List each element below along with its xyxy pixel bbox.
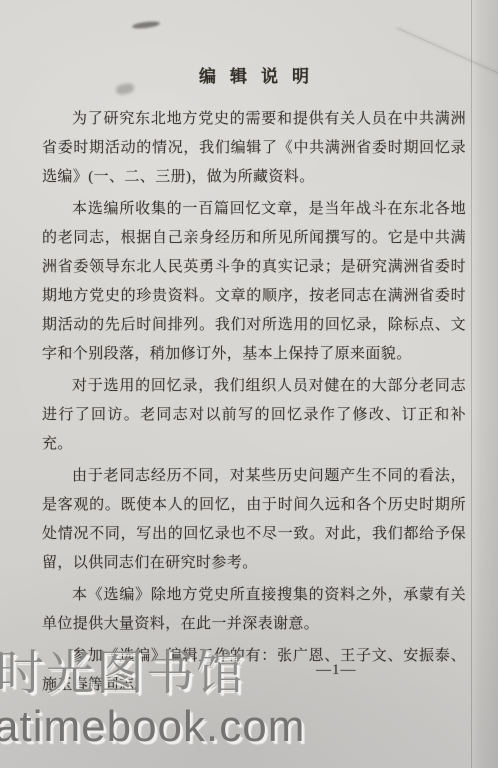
library-watermark: 时光图书馆 [0, 634, 246, 703]
paragraph-2: 本选编所收集的一百篇回忆文章，是当年战斗在东北各地的老同志，根据自己亲身经历和所… [42, 195, 466, 369]
document-body: 为了研究东北地方党史的需要和提供有关人员在中共满洲省委时期活动的情况，我们编辑了… [42, 105, 466, 700]
paragraph-4: 由于老同志经历不同，对某些历史问题产生不同的看法，是客观的。既使本人的回忆，由于… [42, 462, 466, 578]
ink-smudge-top [132, 20, 161, 29]
page-right-edge-shadow [471, 0, 498, 768]
page-number: —1— [316, 662, 357, 679]
document-title: 编辑说明 [42, 62, 466, 87]
site-watermark: atimebook.com [0, 702, 305, 752]
paragraph-3: 对于选用的回忆录，我们组织人员对健在的大部分老同志进行了回访。老同志对以前写的回… [42, 372, 466, 459]
paragraph-5: 本《选编》除地方党史所直接搜集的资料之外，承蒙有关单位提供大量资料，在此一并深表… [42, 581, 466, 639]
paragraph-1: 为了研究东北地方党史的需要和提供有关人员在中共满洲省委时期活动的情况，我们编辑了… [42, 105, 466, 192]
scanned-document-page: 编辑说明 为了研究东北地方党史的需要和提供有关人员在中共满洲省委时期活动的情况，… [0, 0, 498, 768]
document-text-column: 编辑说明 为了研究东北地方党史的需要和提供有关人员在中共满洲省委时期活动的情况，… [42, 62, 466, 703]
